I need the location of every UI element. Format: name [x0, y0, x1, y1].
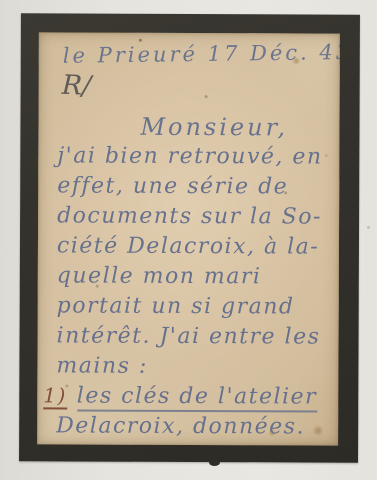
letter-line-text: effet, une série de	[57, 173, 288, 199]
letter-line-text: intérêt. J'ai entre les	[57, 323, 321, 349]
letter-line: effet, une série de	[57, 171, 335, 202]
letter-line: quelle mon mari	[57, 261, 335, 292]
letter-line-text: les clés de l'atelier	[77, 384, 317, 413]
letter-line: 1)les clés de l'atelier	[56, 381, 334, 412]
mount-edge-notch	[209, 459, 220, 466]
letter-line-text: Delacroix, données.	[56, 413, 305, 439]
letter-line: intérêt. J'ai entre les	[57, 321, 335, 352]
margin-speck	[367, 226, 370, 229]
mount-card: le Prieuré 17 Déc. 43R/Monsieur,j'ai bie…	[19, 13, 360, 462]
letter-line-text: mains :	[56, 353, 147, 378]
letter-line-text: quelle mon mari	[57, 263, 262, 289]
letter-line-text: ciété Delacroix, à la-	[57, 233, 319, 259]
letter-line: portait un si grand	[57, 291, 335, 322]
letter-line-text: documents sur la So-	[57, 203, 322, 229]
letter-line: ciété Delacroix, à la-	[57, 231, 335, 262]
letter-line-text: R/	[61, 70, 92, 102]
letter-line: j'ai bien retrouvé, en	[57, 141, 335, 172]
letter-line: Delacroix, données.	[56, 411, 334, 442]
item-marker: 1)	[43, 383, 67, 409]
letter-line: R/	[57, 66, 336, 118]
letter-line-text: portait un si grand	[57, 293, 295, 319]
letter-line: mains :	[56, 351, 334, 382]
letter-line-text: le Prieuré 17 Déc. 43	[63, 40, 340, 68]
letter-line: documents sur la So-	[57, 201, 335, 232]
letter-line: Monsieur,	[57, 111, 335, 142]
letter-line-text: j'ai bien retrouvé, en	[57, 143, 322, 169]
letter-line-text: Monsieur,	[140, 113, 288, 142]
letter-paper: le Prieuré 17 Déc. 43R/Monsieur,j'ai bie…	[37, 32, 340, 445]
photo-background: le Prieuré 17 Déc. 43R/Monsieur,j'ai bie…	[0, 0, 377, 480]
letter-text: le Prieuré 17 Déc. 43R/Monsieur,j'ai bie…	[37, 32, 340, 445]
